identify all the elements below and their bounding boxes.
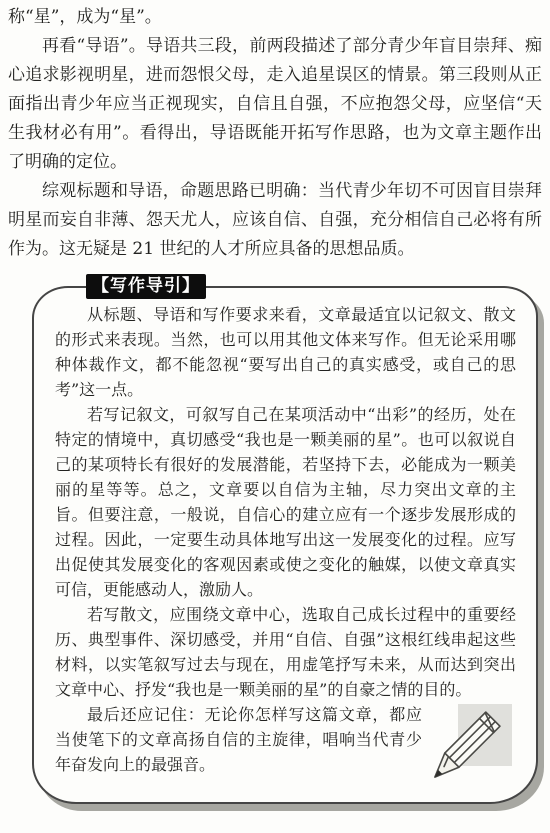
writing-guide-box: 【写作导引】 从标题、导语和写作要求来看，文章最适宜以记叙文、散文的形式来表现。… [32,286,538,804]
paragraph-daoyu-analysis: 再看“导语”。导语共三段，前两段描述了部分青少年盲目崇拜、痴心追求影视明星，进而… [8,32,542,177]
analysis-section: 称“星”，成为“星”。 再看“导语”。导语共三段，前两段描述了部分青少年盲目崇拜… [0,0,550,264]
writing-guide-label: 【写作导引】 [86,274,206,299]
guide-paragraph-narrative: 若写记叙文，可叙写自己在某项活动中“出彩”的经历，处在特定的情境中，真切感受“我… [55,402,516,602]
paragraph-summary: 综观标题和导语，命题思路已明确：当代青少年切不可因盲目崇拜明星而妄自非薄、怨天尤… [8,177,542,264]
pencil-icon [430,702,516,794]
document-page: 称“星”，成为“星”。 再看“导语”。导语共三段，前两段描述了部分青少年盲目崇拜… [0,0,550,833]
guide-paragraph-genre-choice: 从标题、导语和写作要求来看，文章最适宜以记叙文、散文的形式来表现。当然，也可以用… [55,302,516,402]
guide-paragraph-prose: 若写散文，应围绕文章中心，选取自己成长过程中的重要经历、典型事件、深切感受，并用… [55,602,516,702]
paragraph-continuation: 称“星”，成为“星”。 [8,3,542,32]
